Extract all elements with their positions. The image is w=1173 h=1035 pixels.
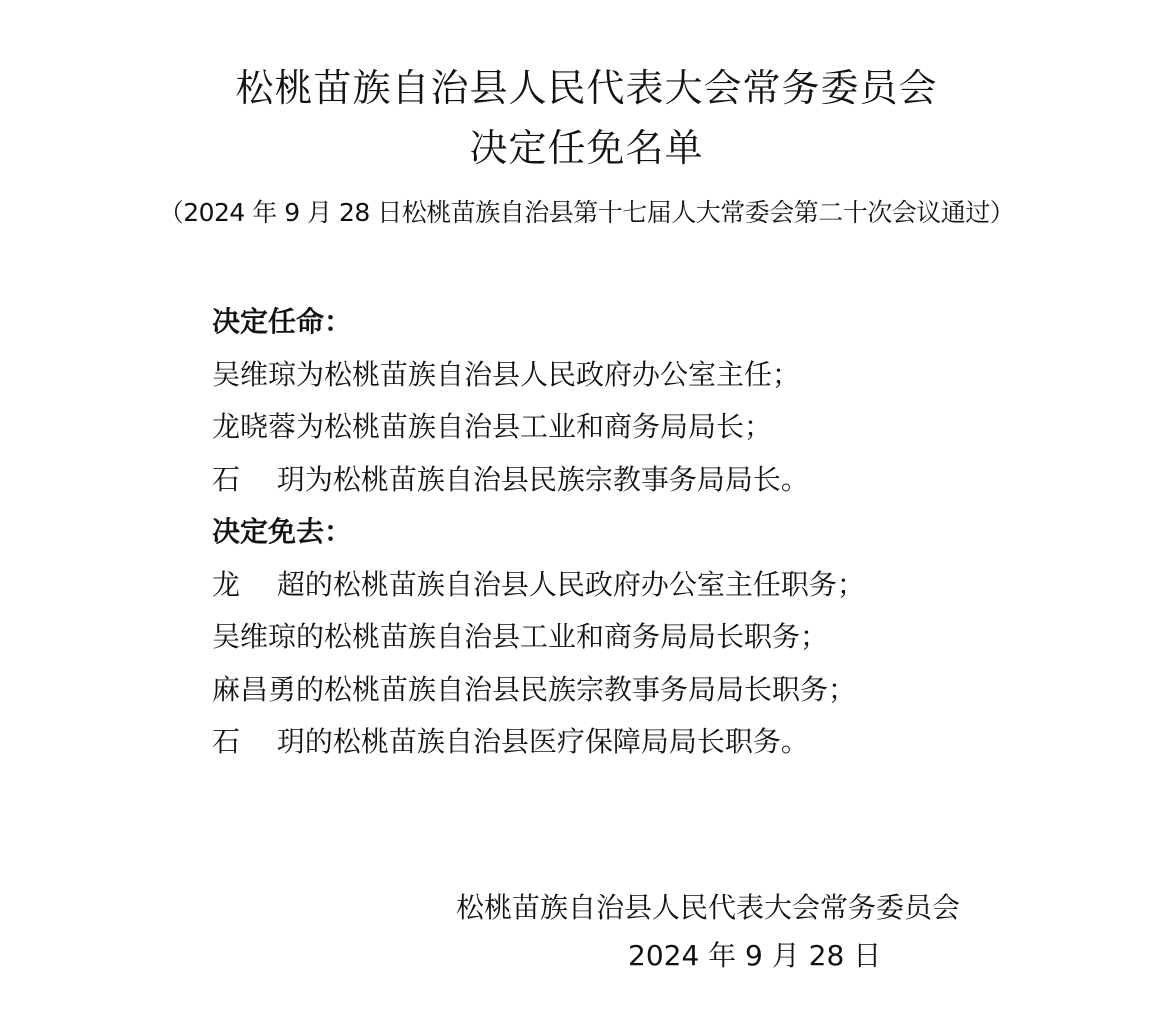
signature-date: 2024 年 9 月 28 日 — [456, 932, 1036, 980]
list-item: 龙 超的松桃苗族自治县人民政府办公室主任职务； — [212, 559, 865, 612]
signature-organization: 松桃苗族自治县人民代表大会常务委员会 — [456, 884, 1036, 932]
document-body: 决定任命： 吴维琼为松桃苗族自治县人民政府办公室主任； 龙晓蓉为松桃苗族自治县工… — [212, 296, 865, 769]
document-title-line-1: 松桃苗族自治县人民代表大会常务委员会 — [0, 64, 1173, 112]
removal-section: 决定免去： 龙 超的松桃苗族自治县人民政府办公室主任职务； 吴维琼的松桃苗族自治… — [212, 506, 865, 769]
list-item: 麻昌勇的松桃苗族自治县民族宗教事务局局长职务； — [212, 664, 865, 717]
document-subtitle: （2024 年 9 月 28 日松桃苗族自治县第十七届人大常委会第二十次会议通过… — [0, 196, 1173, 230]
signature-block: 松桃苗族自治县人民代表大会常务委员会 2024 年 9 月 28 日 — [456, 884, 1036, 980]
document-title-line-2: 决定任免名单 — [0, 124, 1173, 172]
list-item: 龙晓蓉为松桃苗族自治县工业和商务局局长； — [212, 401, 865, 454]
list-item: 石 玥的松桃苗族自治县医疗保障局局长职务。 — [212, 716, 865, 769]
list-item: 吴维琼的松桃苗族自治县工业和商务局局长职务； — [212, 611, 865, 664]
section-heading-appoint: 决定任命： — [212, 296, 865, 349]
section-heading-remove: 决定免去： — [212, 506, 865, 559]
appointment-section: 决定任命： 吴维琼为松桃苗族自治县人民政府办公室主任； 龙晓蓉为松桃苗族自治县工… — [212, 296, 865, 506]
list-item: 吴维琼为松桃苗族自治县人民政府办公室主任； — [212, 349, 865, 402]
list-item: 石 玥为松桃苗族自治县民族宗教事务局局长。 — [212, 454, 865, 507]
